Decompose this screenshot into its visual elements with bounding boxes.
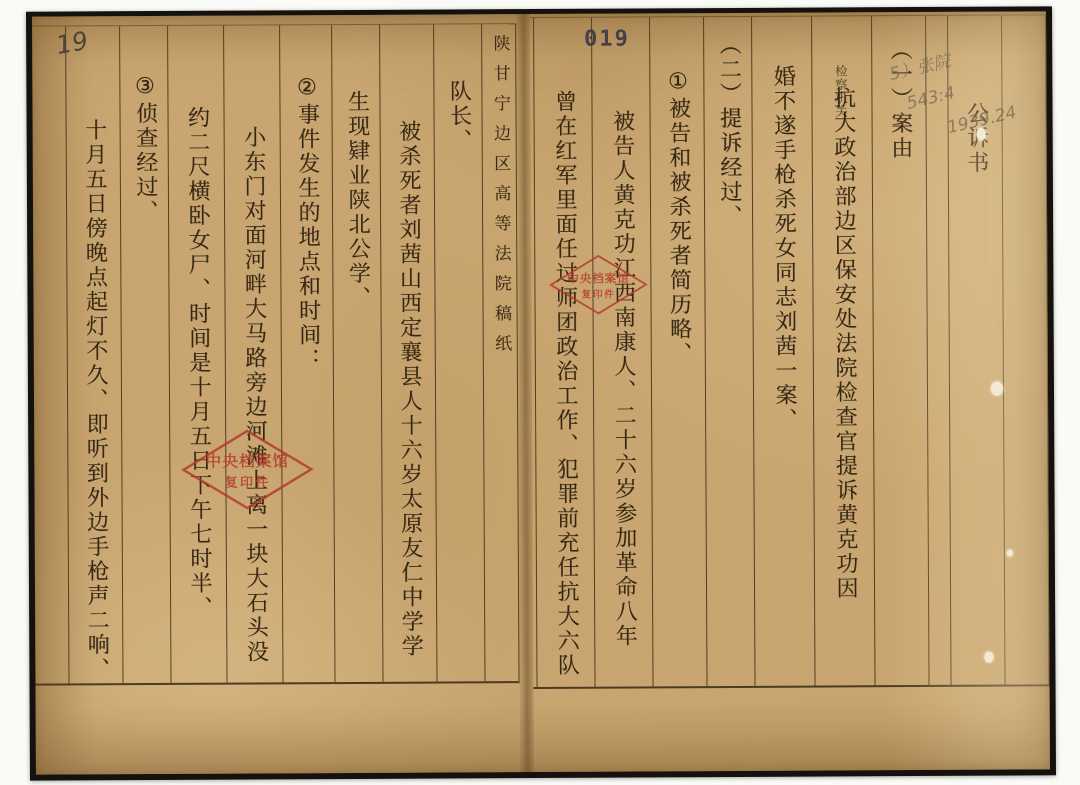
diamond-stamp-outline: 中央档案馆 复印件 [547,253,649,316]
left-page-columns: 陕甘宁边区高等法院稿纸 队长、 被杀死者刘茜山西定襄县人十六岁太原友仁中学学 生… [32,23,519,686]
document-paper: 陕甘宁边区高等法院稿纸 队长、 被杀死者刘茜山西定襄县人十六岁太原友仁中学学 生… [32,11,1050,774]
column-handwritten-text: 约二尺横卧女尸、时间是十月五日下午七时半、 [184,26,210,621]
archive-copy-stamp: 中央档案馆 复印件 [547,253,649,316]
column-handwritten-text: ①被告和被杀死者简历略、 [665,17,690,366]
manuscript-column: 约二尺横卧女尸、时间是十月五日下午七时半、 [167,26,226,683]
page-number-stamp: 019 [584,27,630,52]
manuscript-column: 小东门对面河畔大马路旁边河滩上离一块大石头没 [223,25,282,682]
manuscript-column: 婚不遂手枪杀死女同志刘茜一案、 [751,17,815,686]
column-handwritten-text: 小东门对面河畔大马路旁边河滩上离一块大石头没 [240,25,266,664]
manuscript-column: 曾在红军里面任过师团政治工作、犯罪前充任抗大六队 [533,18,595,687]
paper-damage-speck [991,382,1003,396]
manuscript-column: ③侦查经过、 [119,26,170,683]
manuscript-column: 陕甘宁边区高等法院稿纸 [481,24,518,681]
scan-border-frame: 陕甘宁边区高等法院稿纸 队长、 被杀死者刘茜山西定襄县人十六岁太原友仁中学学 生… [26,6,1056,780]
manuscript-column: 队长、 [433,24,484,681]
scan-background: 陕甘宁边区高等法院稿纸 队长、 被杀死者刘茜山西定襄县人十六岁太原友仁中学学 生… [0,0,1080,785]
column-handwritten-text: 陕甘宁边区高等法院稿纸 [490,24,509,364]
paper-damage-speck [984,652,993,663]
stamp-text-line1: 中央档案馆 [567,271,629,285]
column-handwritten-text: （二）提诉经过、 [716,17,740,229]
manuscript-column [32,26,68,683]
paper-damage-speck [1007,550,1013,557]
manuscript-column: ①被告和被杀死者简历略、 [649,17,707,686]
manuscript-column: （二）提诉经过、 [703,17,755,686]
manuscript-column: 生现肄业陕北公学、 [331,25,382,682]
column-handwritten-text: 十月五日傍晚点起灯不久、即听到外边手枪声二响、 [81,26,107,682]
left-manuscript-page: 陕甘宁边区高等法院稿纸 队长、 被杀死者刘茜山西定襄县人十六岁太原友仁中学学 生… [32,14,520,775]
manuscript-column: ②事件发生的地点和时间： [279,25,334,682]
stamp-text-line2: 复印件 [225,474,271,491]
column-handwritten-text: ③侦查经过、 [132,26,156,224]
manuscript-column: 被杀死者刘茜山西定襄县人十六岁太原友仁中学学 [379,25,436,682]
manuscript-column: 十月五日傍晚点起灯不久、即听到外边手枪声二响、 [65,26,122,683]
stamp-text-line1: 中央档案馆 [205,451,289,470]
archive-copy-stamp: 中央档案馆 复印件 [180,427,314,512]
column-handwritten-text: 队长、 [446,24,470,153]
stamp-text-line2: 复印件 [581,287,615,300]
paper-damage-speck [977,128,986,141]
interlinear-insertion-note: 检察机关 [831,64,849,118]
column-handwritten-text: 婚不遂手枪杀死女同志刘茜一案、 [770,17,795,433]
diamond-stamp-outline: 中央档案馆 复印件 [180,427,314,512]
handwritten-page-number: 19 [54,26,90,60]
column-handwritten-text: 被杀死者刘茜山西定襄县人十六岁太原友仁中学学 [395,25,421,659]
manuscript-column: 被告人黄克功江西南康人、二十六岁参加革命八年 [591,17,653,686]
column-handwritten-text: 曾在红军里面任过师团政治工作、犯罪前充任抗大六队 [551,18,577,678]
column-handwritten-text: 生现肄业陕北公学、 [344,25,368,311]
column-handwritten-text: ②事件发生的地点和时间： [294,25,319,372]
column-handwritten-text: 被告人黄克功江西南康人、二十六岁参加革命八年 [609,18,635,649]
